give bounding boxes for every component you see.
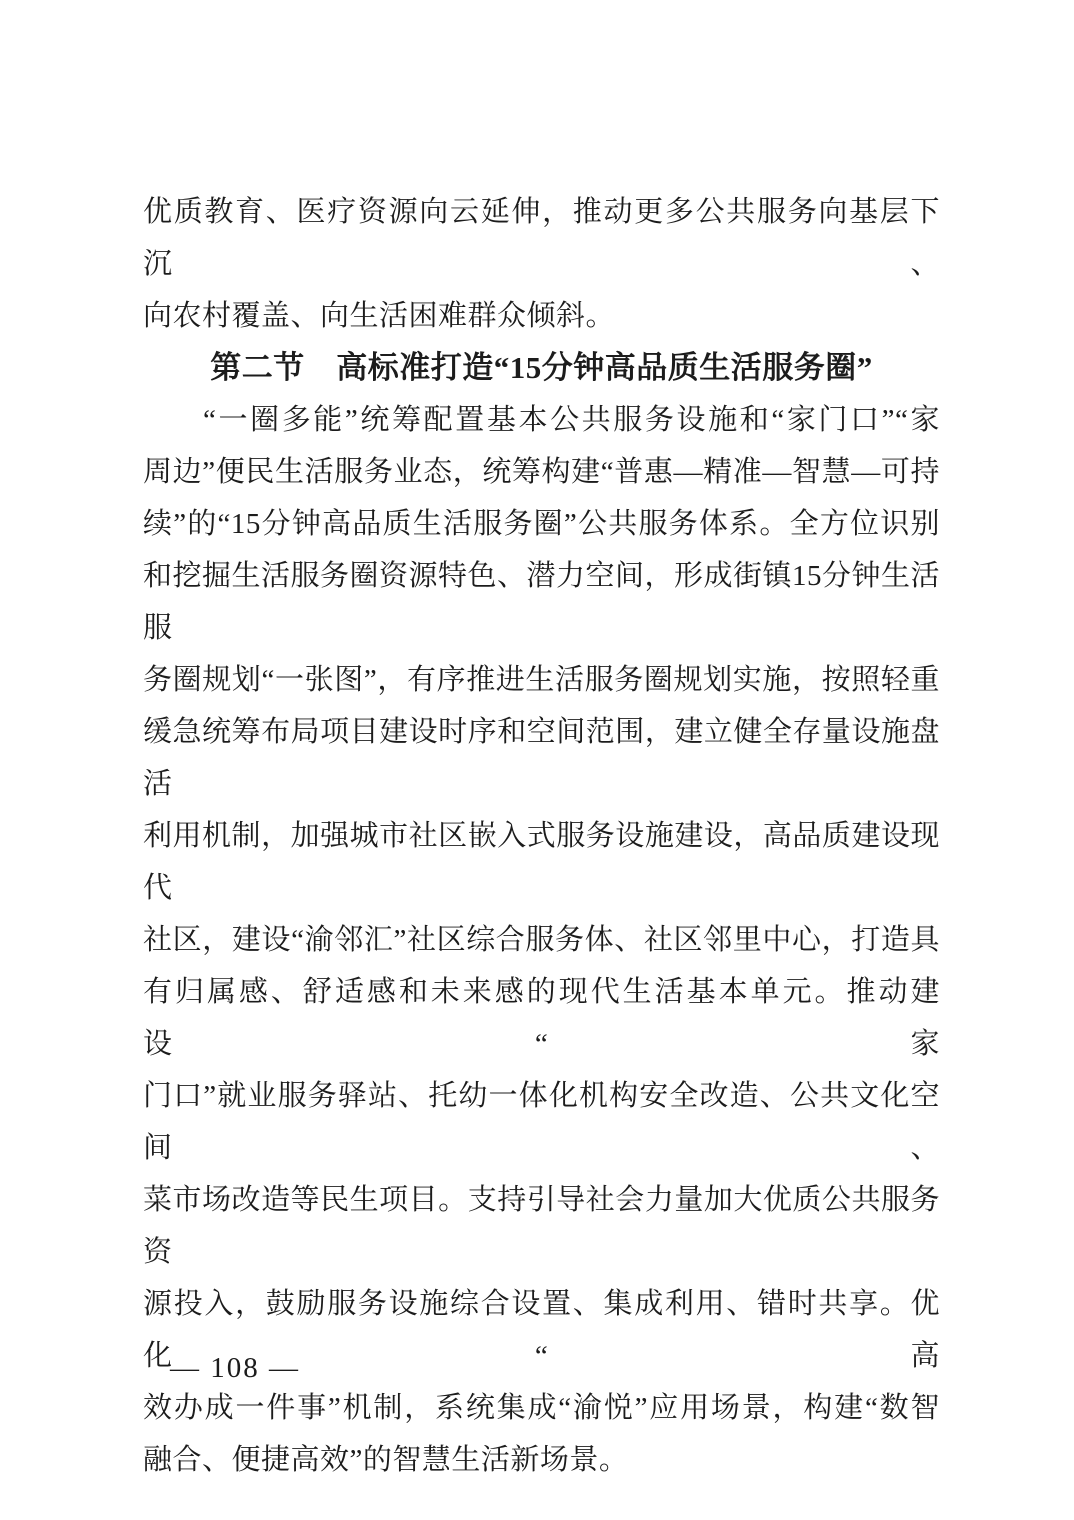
page-number: — 108 — — [170, 1348, 300, 1388]
intro-paragraph-line: 向农村覆盖、向生活困难群众倾斜。 — [143, 290, 940, 342]
main-paragraph-line: 融合、便捷高效”的智慧生活新场景。 — [143, 1434, 940, 1486]
main-paragraph-line: 周边”便民生活服务业态，统筹构建“普惠—精准—智慧—可持 — [143, 446, 940, 498]
main-paragraph-line: 缓急统筹布局项目建设时序和空间范围，建立健全存量设施盘活 — [143, 706, 940, 810]
main-paragraph-line: 务圈规划“一张图”，有序推进生活服务圈规划实施，按照轻重 — [143, 654, 940, 706]
main-paragraph-line: 续”的“15分钟高品质生活服务圈”公共服务体系。全方位识别 — [143, 498, 940, 550]
main-paragraph-line: “一圈多能”统筹配置基本公共服务设施和“家门口”“家 — [143, 394, 940, 446]
intro-paragraph-line: 优质教育、医疗资源向云延伸，推动更多公共服务向基层下沉、 — [143, 186, 940, 290]
main-paragraph-line: 和挖掘生活服务圈资源特色、潜力空间，形成街镇15分钟生活服 — [143, 550, 940, 654]
section-heading: 第二节 高标准打造“15分钟高品质生活服务圈” — [143, 342, 940, 394]
main-paragraph-line: 效办成一件事”机制，系统集成“渝悦”应用场景，构建“数智 — [143, 1382, 940, 1434]
page-content: 优质教育、医疗资源向云延伸，推动更多公共服务向基层下沉、 向农村覆盖、向生活困难… — [143, 186, 940, 1486]
main-paragraph-line: 利用机制，加强城市社区嵌入式服务设施建设，高品质建设现代 — [143, 810, 940, 914]
main-paragraph-line: 有归属感、舒适感和未来感的现代生活基本单元。推动建设“家 — [143, 966, 940, 1070]
main-paragraph-line: 门口”就业服务驿站、托幼一体化机构安全改造、公共文化空间、 — [143, 1070, 940, 1174]
main-paragraph-line: 社区，建设“渝邻汇”社区综合服务体、社区邻里中心，打造具 — [143, 914, 940, 966]
document-page: 优质教育、医疗资源向云延伸，推动更多公共服务向基层下沉、 向农村覆盖、向生活困难… — [0, 0, 1074, 1520]
main-paragraph-line: 菜市场改造等民生项目。支持引导社会力量加大优质公共服务资 — [143, 1174, 940, 1278]
